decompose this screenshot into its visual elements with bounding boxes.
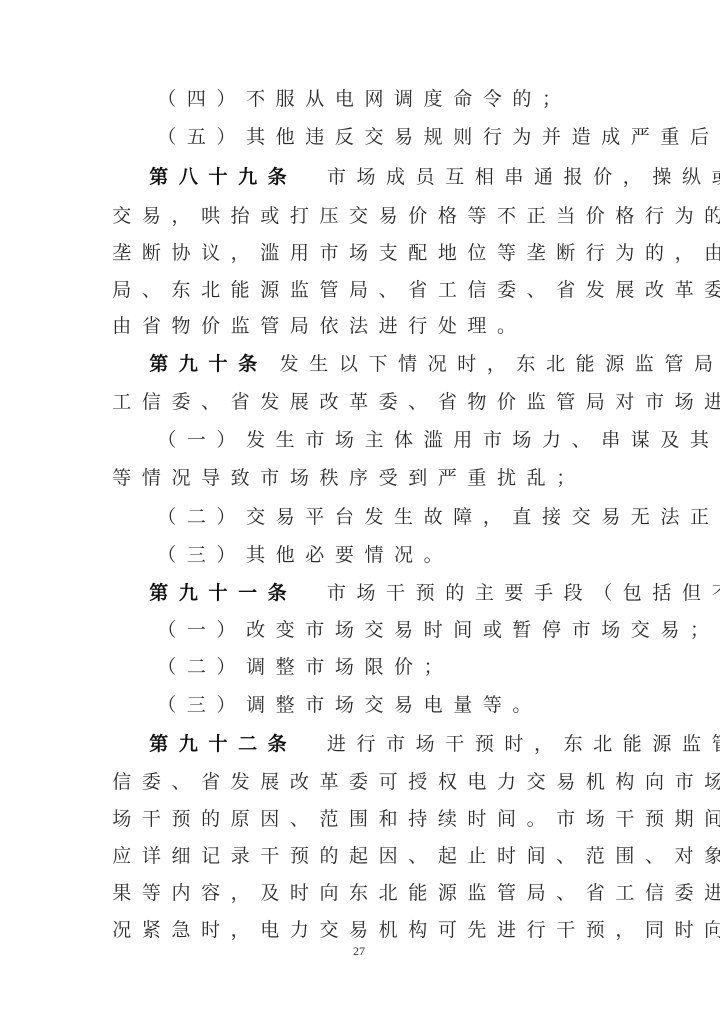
text-line: （四）不服从电网调度命令的； xyxy=(152,84,566,111)
text-line: 工信委、省发展改革委、省物价监管局对市场进行强制干预： xyxy=(107,387,720,414)
text-line: （二）调整市场限价； xyxy=(152,652,448,679)
text-line: （二）交易平台发生故障，直接交易无法正常进行时； xyxy=(152,502,720,529)
text-line: （三）调整市场交易电量等。 xyxy=(152,690,537,717)
text-line: 果等内容，及时向东北能源监管局、省工信委进行报告。情 xyxy=(107,878,720,905)
text-line: 局、东北能源监管局、省工信委、省发展改革委共同调查， xyxy=(107,275,720,302)
text-line: 等情况导致市场秩序受到严重扰乱； xyxy=(107,463,581,490)
text-line: 应详细记录干预的起因、起止时间、范围、对象、手段和结 xyxy=(107,841,720,868)
article-heading-line: 第八十九条 市场成员互相串通报价，操纵或控制市场 xyxy=(144,162,720,189)
text-line: 垄断协议，滥用市场支配地位等垄断行为的，由省物价监管 xyxy=(107,238,720,265)
text-line: （三）其他必要情况。 xyxy=(152,540,448,567)
article-heading-line: 第九十一条 市场干预的主要手段（包括但不限于）： xyxy=(144,578,720,605)
text-line: 由省物价监管局依法进行处理。 xyxy=(107,311,521,338)
text-line: 况紧急时，电力交易机构可先进行干预，同时向东北能源监 xyxy=(107,915,720,942)
article-heading-line: 第九十二条 进行市场干预时，东北能源监管局、省工 xyxy=(144,729,720,756)
text-line: （一）发生市场主体滥用市场力、串谋及其他严重违约 xyxy=(152,425,720,452)
text-line: （一）改变市场交易时间或暂停市场交易； xyxy=(152,615,714,642)
page-number: 27 xyxy=(353,944,365,959)
text-line: （五）其他违反交易规则行为并造成严重后果的。 xyxy=(152,122,720,149)
text-line: 场干预的原因、范围和持续时间。市场干预期间，交易机构 xyxy=(107,804,720,831)
article-heading-line: 第九十条发生以下情况时，东北能源监管局可会同省 xyxy=(144,349,720,376)
text-line: 交易，哄抬或打压交易价格等不正当价格行为的；实施达成 xyxy=(107,201,720,228)
text-line: 信委、省发展改革委可授权电力交易机构向市场主体发布市 xyxy=(107,767,720,794)
